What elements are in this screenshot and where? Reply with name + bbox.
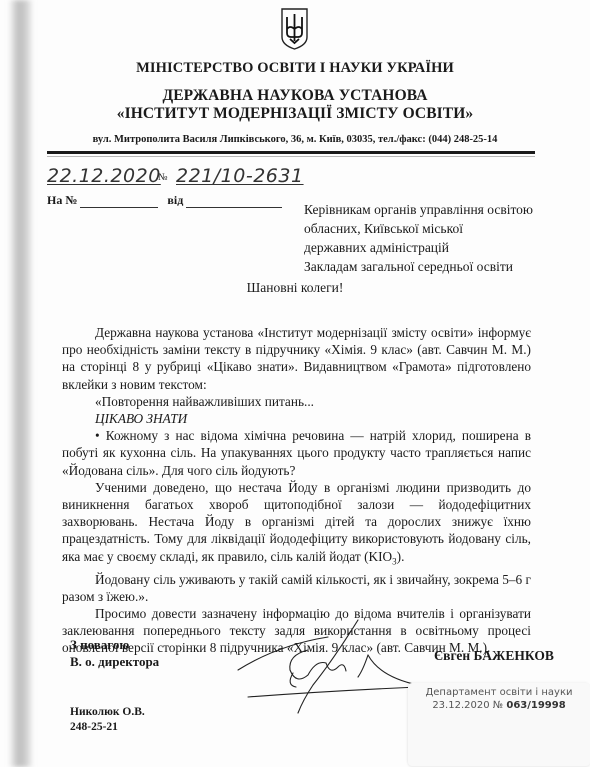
executor-name: Николюк О.В. (70, 705, 145, 720)
outgoing-date: 22.12.2020 (47, 165, 161, 187)
stamp-date: 23.12.2020 (432, 700, 489, 711)
registration-stamp: Департамент освіти і науки 23.12.2020 № … (408, 683, 590, 766)
trident-coat-of-arms-icon (280, 7, 309, 51)
letterhead-divider-thin (47, 156, 535, 157)
reply-date-blank (186, 195, 282, 208)
signer-name: Євген БАЖЕНКОВ (434, 648, 554, 664)
closing-block: З повагою В. о. директора (70, 636, 159, 670)
institution-address: вул. Митрополита Василя Липківського, 36… (0, 134, 590, 145)
ministry-title: МІНІСТЕРСТВО ОСВІТИ І НАУКИ УКРАЇНИ (0, 60, 590, 77)
executor-block: Николюк О.В. 248-25-21 (70, 705, 145, 735)
handwritten-signature (218, 615, 418, 715)
signer-position: В. о. директора (70, 653, 159, 670)
paragraph-quote-start: «Повторення найважливіших питань... (62, 393, 531, 410)
institution-title-line2: «ІНСТИТУТ МОДЕРНІЗАЦІЇ ЗМІСТУ ОСВІТИ» (0, 105, 590, 123)
paragraph-iodine-end: ). (397, 549, 405, 564)
stamp-number-sign: № (493, 700, 503, 711)
letter-body: Державна наукова установа «Інститут моде… (62, 324, 531, 657)
recipient-line: Керівникам органів управління освітою (304, 200, 533, 219)
paragraph-iodine: Ученими доведено, що нестача Йоду в орга… (62, 479, 531, 571)
recipient-line: обласних, Київської міської (304, 219, 533, 238)
reply-from-label: від (167, 193, 183, 207)
stamp-department: Департамент освіти і науки (408, 686, 590, 699)
outgoing-number: 221/10-2631 (176, 165, 304, 187)
number-sign: № (158, 172, 168, 183)
stamp-number: 063/19998 (506, 700, 565, 711)
recipients-block: Керівникам органів управління освітою об… (304, 200, 533, 276)
executor-phone: 248-25-21 (70, 720, 145, 735)
regards: З повагою (70, 636, 159, 653)
recipient-line: державних адміністрацій (304, 238, 533, 257)
paragraph-intro: Державна наукова установа «Інститут моде… (62, 324, 531, 393)
paragraph-rubric: ЦІКАВО ЗНАТИ (62, 410, 531, 427)
reply-number-blank (80, 195, 158, 208)
reply-reference: На № від (47, 193, 282, 208)
recipient-line: Закладам загальної середньої освіти (304, 257, 533, 276)
letterhead-divider (47, 151, 535, 154)
paragraph-usage: Йодовану сіль уживають у такій самій кіл… (62, 571, 531, 605)
stamp-registration: 23.12.2020 № 063/19998 (408, 699, 590, 712)
paragraph-salt: • Кожному з нас відома хімічна речовина … (62, 427, 531, 479)
paragraph-iodine-text: Ученими доведено, що нестача Йоду в орга… (62, 480, 531, 564)
institution-title-line1: ДЕРЖАВНА НАУКОВА УСТАНОВА (0, 87, 590, 105)
reply-to-label: На № (47, 193, 77, 207)
greeting: Шановні колеги! (0, 280, 590, 296)
